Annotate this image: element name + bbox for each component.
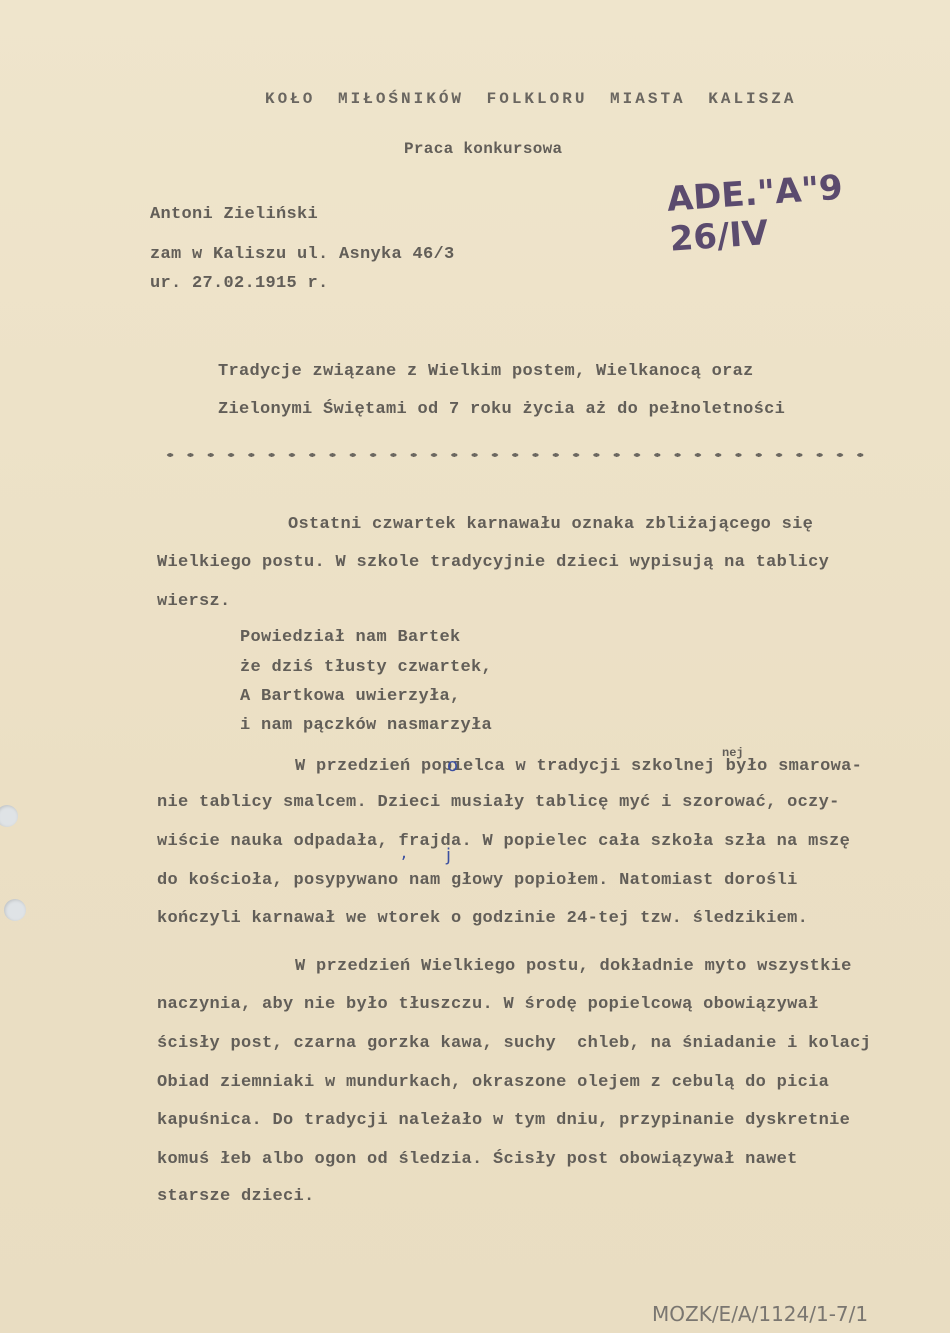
p2-line-5: kończyli karnawał we wtorek o godzinie 2… — [157, 909, 808, 928]
p3-line-3: ścisły post, czarna gorzka kawa, suchy c… — [157, 1034, 871, 1053]
poem-line-4: i nam pączków nasmarzyła — [240, 716, 492, 735]
pen-correction-o: o — [447, 755, 458, 776]
poem-line-1: Powiedział nam Bartek — [240, 628, 461, 647]
author-birth: ur. 27.02.1915 r. — [150, 274, 329, 293]
punch-hole — [4, 899, 26, 921]
archive-signature: MOZK/E/A/1124/1-7/1 — [652, 1302, 868, 1326]
p2-line-1: W przedzień popielca w tradycji szkolnej… — [295, 757, 862, 776]
poem-line-2: że dziś tłusty czwartek, — [240, 658, 492, 677]
author-address: zam w Kaliszu ul. Asnyka 46/3 — [150, 245, 455, 264]
archive-handwritten-code: ADE."A"9 26/IV — [666, 160, 950, 259]
p3-line-6: komuś łeb albo ogon od śledzia. Ścisły p… — [157, 1150, 798, 1169]
title-line-1: Tradycje związane z Wielkim postem, Wiel… — [218, 362, 754, 381]
p2-line-4: do kościoła, posypywano nam głowy popioł… — [157, 871, 798, 890]
poem-line-3: A Bartkowa uwierzyła, — [240, 687, 461, 706]
overtype-correction: nej — [722, 746, 744, 760]
p1-line-2: Wielkiego postu. W szkole tradycyjnie dz… — [157, 553, 829, 572]
document-page: KOŁO MIŁOŚNIKÓW FOLKLORU MIASTA KALISZA … — [0, 0, 950, 1333]
p1-line-1: Ostatni czwartek karnawału oznaka zbliża… — [288, 515, 813, 534]
p3-line-1: W przedzień Wielkiego postu, dokładnie m… — [295, 957, 852, 976]
document-subtitle: Praca konkursowa — [404, 140, 562, 158]
author-name: Antoni Zieliński — [150, 205, 318, 224]
p3-line-5: kapuśnica. Do tradycji należało w tym dn… — [157, 1111, 850, 1130]
organization-header: KOŁO MIŁOŚNIKÓW FOLKLORU MIASTA KALISZA — [265, 90, 796, 108]
p3-line-4: Obiad ziemniaki w mundurkach, okraszone … — [157, 1073, 829, 1092]
punch-hole — [0, 805, 18, 827]
title-line-2: Zielonymi Świętami od 7 roku życia aż do… — [218, 400, 785, 419]
separator-dashes — [160, 450, 868, 460]
pen-correction-comma: , — [401, 842, 407, 863]
p3-line-7: starsze dzieci. — [157, 1187, 315, 1206]
p3-line-2: naczynia, aby nie było tłuszczu. W środę… — [157, 995, 819, 1014]
p2-line-2: nie tablicy smalcem. Dzieci musiały tabl… — [157, 793, 840, 812]
p1-line-3: wiersz. — [157, 592, 231, 611]
pen-correction-j: j — [446, 845, 451, 866]
p2-line-3: wiście nauka odpadała, frajda. W popiele… — [157, 832, 850, 851]
